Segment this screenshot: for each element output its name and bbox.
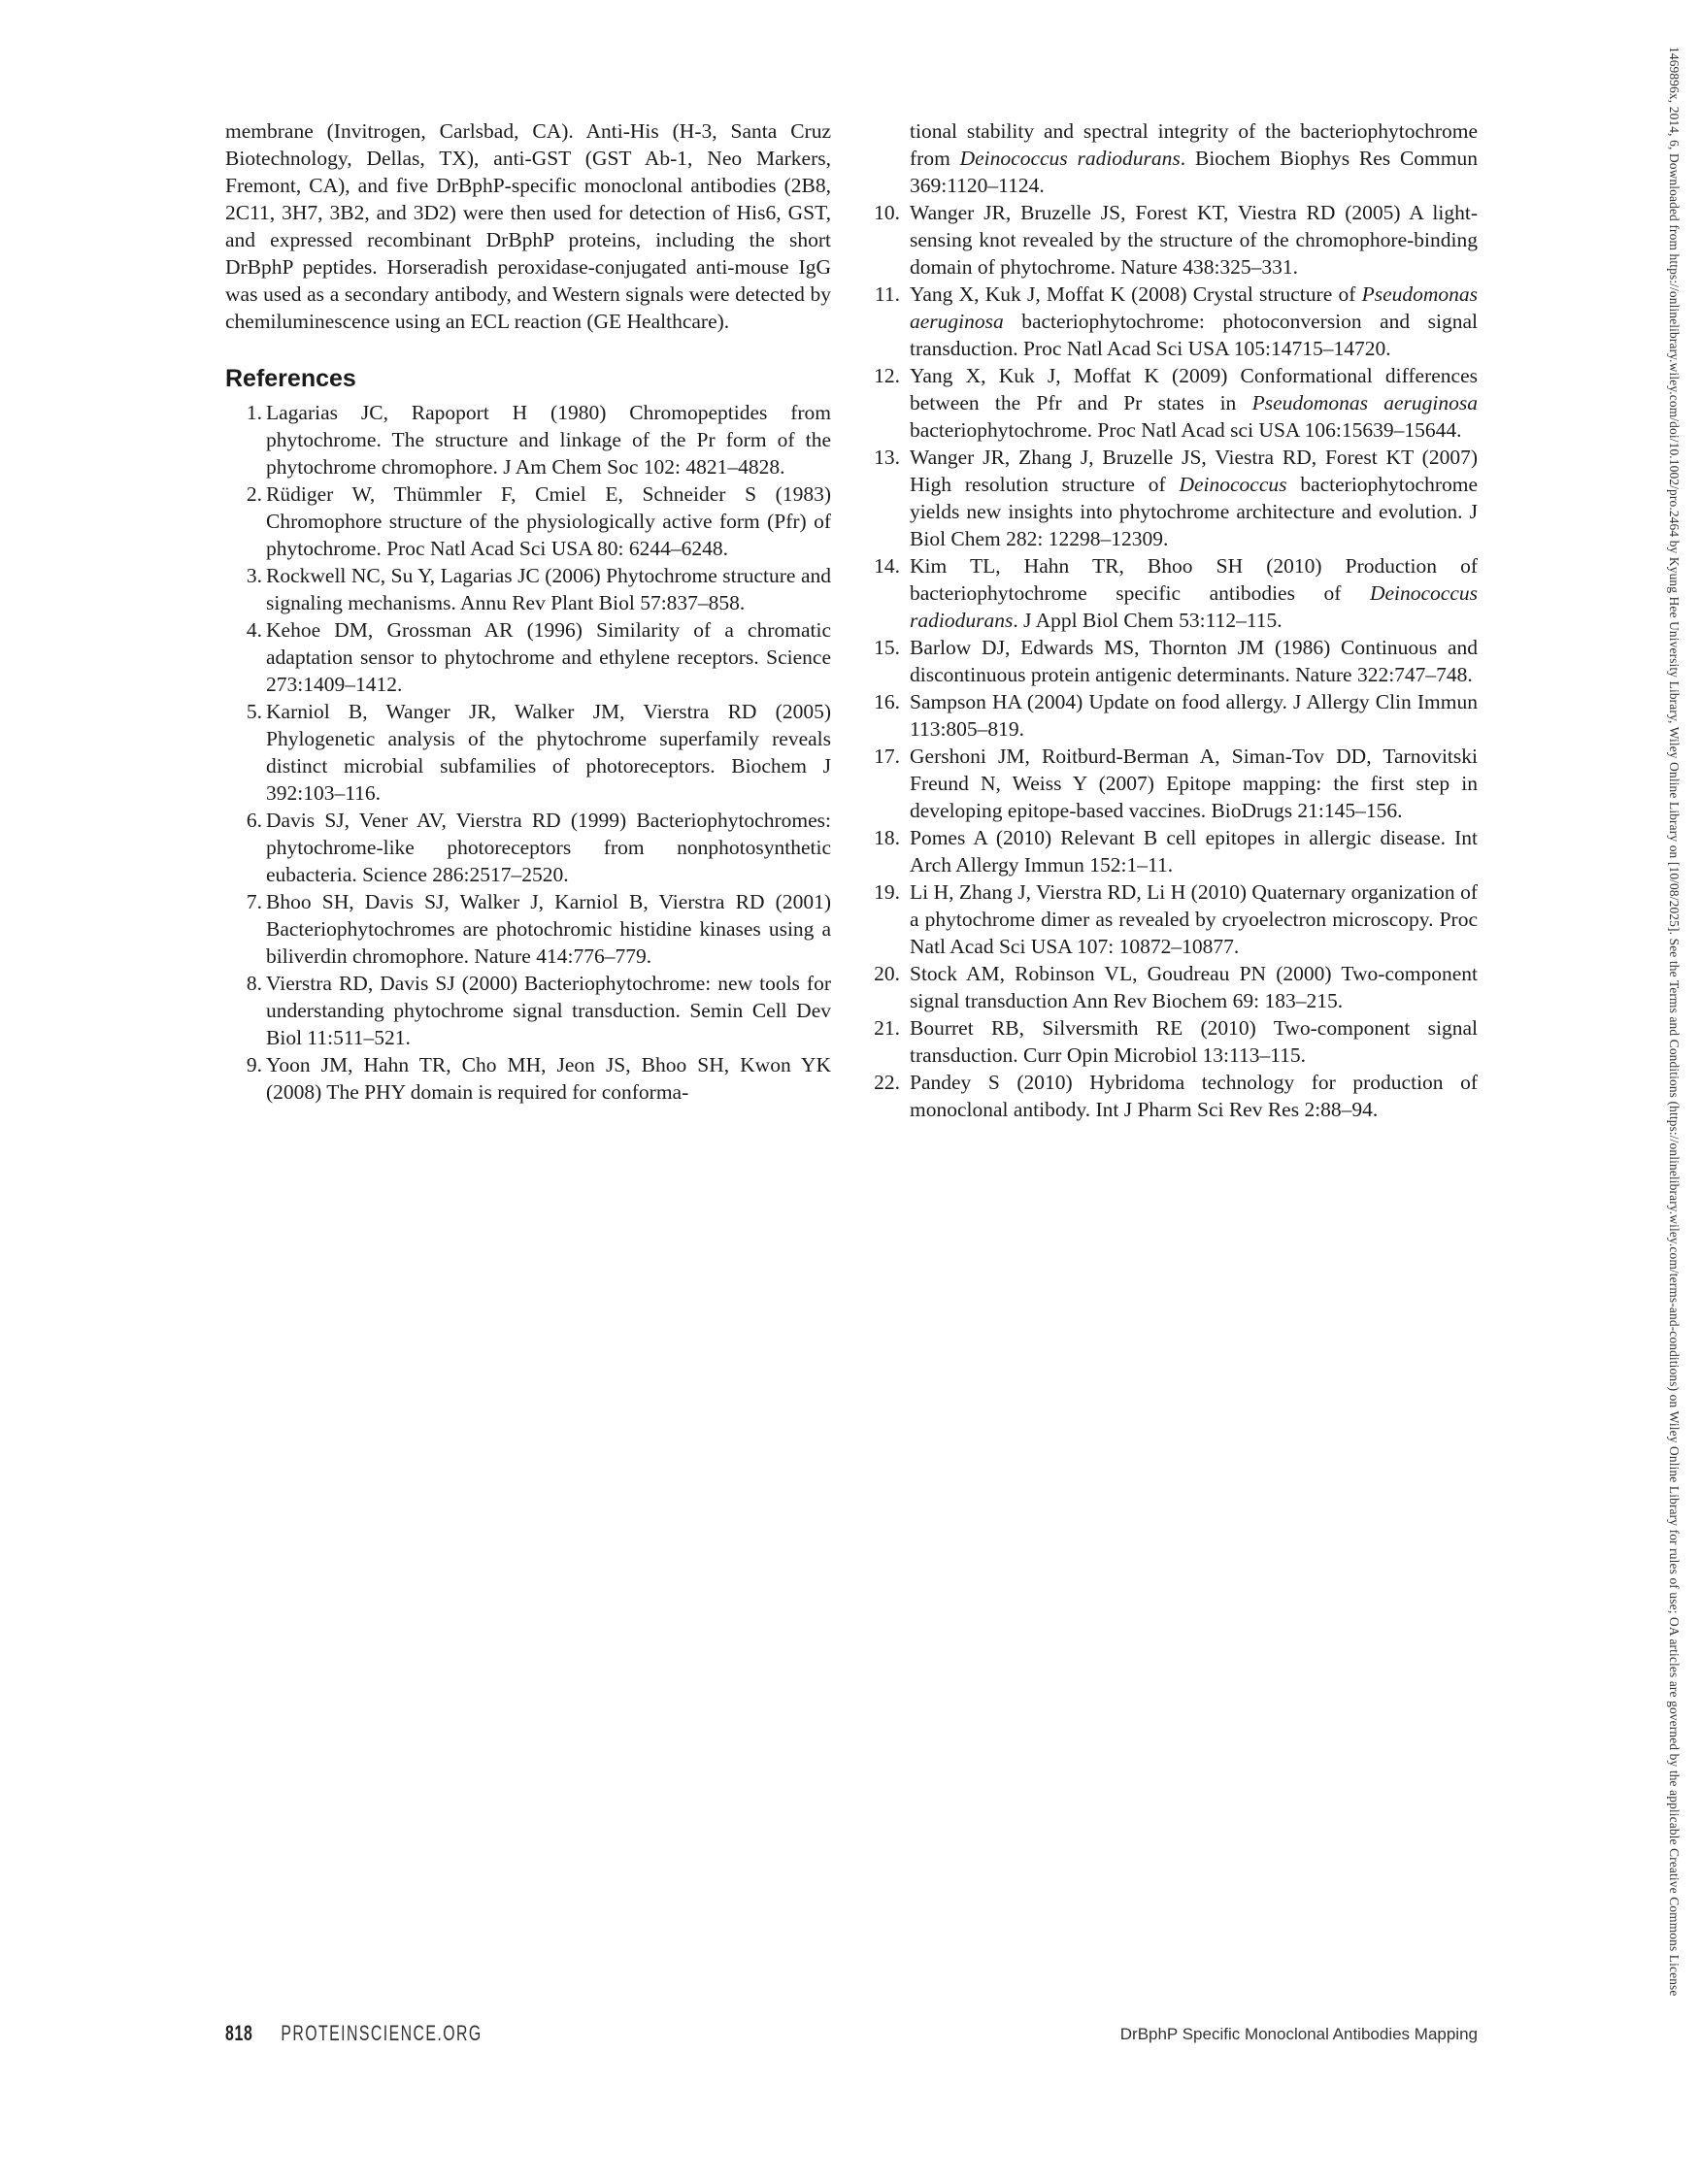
reference-item: 15.Barlow DJ, Edwards MS, Thornton JM (1… bbox=[871, 634, 1478, 688]
reference-number: 19. bbox=[871, 878, 900, 906]
reference-text: . J Appl Biol Chem 53:112–115. bbox=[1013, 609, 1282, 632]
reference-text: Rüdiger W, Thümmler F, Cmiel E, Schneide… bbox=[266, 482, 831, 560]
right-column: tional stability and spectral integrity … bbox=[871, 117, 1478, 1123]
reference-text: Wanger JR, Bruzelle JS, Forest KT, Viest… bbox=[910, 201, 1478, 279]
reference-text: Bourret RB, Silversmith RE (2010) Two-co… bbox=[910, 1016, 1478, 1067]
reference-number: 22. bbox=[871, 1069, 900, 1096]
reference-number: 18. bbox=[871, 824, 900, 851]
reference-text: Vierstra RD, Davis SJ (2000) Bacteriophy… bbox=[266, 972, 831, 1049]
reference-text: Sampson HA (2004) Update on food allergy… bbox=[910, 690, 1478, 741]
species-name: Pseudomonas aeruginosa bbox=[1252, 391, 1478, 414]
reference-text: Davis SJ, Vener AV, Vierstra RD (1999) B… bbox=[266, 809, 831, 886]
reference-item: 7.Bhoo SH, Davis SJ, Walker J, Karniol B… bbox=[225, 888, 831, 970]
reference-number: 2. bbox=[235, 480, 262, 508]
reference-item: 11.Yang X, Kuk J, Moffat K (2008) Crysta… bbox=[871, 281, 1478, 362]
reference-item: 13.Wanger JR, Zhang J, Bruzelle JS, Vies… bbox=[871, 444, 1478, 552]
reference-text: Yang X, Kuk J, Moffat K (2008) Crystal s… bbox=[910, 282, 1362, 306]
reference-text: Pomes A (2010) Relevant B cell epitopes … bbox=[910, 826, 1478, 877]
species-name: Deinococcus bbox=[1179, 473, 1286, 496]
reference-item: 22.Pandey S (2010) Hybridoma technology … bbox=[871, 1069, 1478, 1123]
reference-item: 1.Lagarias JC, Rapoport H (1980) Chromop… bbox=[225, 399, 831, 480]
reference-text: Stock AM, Robinson VL, Goudreau PN (2000… bbox=[910, 962, 1478, 1012]
reference-number: 17. bbox=[871, 743, 900, 770]
species-name: Deinococcus radiodurans bbox=[960, 147, 1181, 170]
reference-number: 12. bbox=[871, 362, 900, 389]
reference-item: 8.Vierstra RD, Davis SJ (2000) Bacteriop… bbox=[225, 970, 831, 1051]
reference-text: Li H, Zhang J, Vierstra RD, Li H (2010) … bbox=[910, 880, 1478, 958]
references-heading: References bbox=[225, 364, 831, 393]
reference-item: 12.Yang X, Kuk J, Moffat K (2009) Confor… bbox=[871, 362, 1478, 444]
reference-number: 6. bbox=[235, 807, 262, 834]
reference-number: 21. bbox=[871, 1014, 900, 1042]
reference-item: 19.Li H, Zhang J, Vierstra RD, Li H (201… bbox=[871, 878, 1478, 960]
reference-number: 10. bbox=[871, 199, 900, 226]
reference-number: 15. bbox=[871, 634, 900, 661]
running-title: DrBphP Specific Monoclonal Antibodies Ma… bbox=[1066, 2025, 1478, 2044]
reference-item: 18.Pomes A (2010) Relevant B cell epitop… bbox=[871, 824, 1478, 878]
reference-text: Karniol B, Wanger JR, Walker JM, Vierstr… bbox=[266, 700, 831, 805]
reference-text: Yoon JM, Hahn TR, Cho MH, Jeon JS, Bhoo … bbox=[266, 1053, 831, 1104]
references-list-left: 1.Lagarias JC, Rapoport H (1980) Chromop… bbox=[225, 399, 831, 1106]
reference-number: 5. bbox=[235, 698, 262, 725]
reference-number: 7. bbox=[235, 888, 262, 915]
references-list-right: 10.Wanger JR, Bruzelle JS, Forest KT, Vi… bbox=[871, 199, 1478, 1123]
reference-number: 8. bbox=[235, 970, 262, 997]
page-number: 818 bbox=[225, 2021, 253, 2045]
reference-item: 2.Rüdiger W, Thümmler F, Cmiel E, Schnei… bbox=[225, 480, 831, 562]
methods-paragraph: membrane (Invitrogen, Carlsbad, CA). Ant… bbox=[225, 117, 831, 335]
footer-left: 818PROTEINSCIENCE.ORG bbox=[225, 2021, 483, 2046]
reference-item: 17.Gershoni JM, Roitburd-Berman A, Siman… bbox=[871, 743, 1478, 824]
reference-item: 5.Karniol B, Wanger JR, Walker JM, Viers… bbox=[225, 698, 831, 807]
reference-number: 20. bbox=[871, 960, 900, 987]
journal-site: PROTEINSCIENCE.ORG bbox=[281, 2021, 482, 2045]
reference-text: Gershoni JM, Roitburd-Berman A, Siman-To… bbox=[910, 745, 1478, 822]
reference-text: Pandey S (2010) Hybridoma technology for… bbox=[910, 1071, 1478, 1121]
reference-item: 16.Sampson HA (2004) Update on food alle… bbox=[871, 688, 1478, 743]
reference-item: 21.Bourret RB, Silversmith RE (2010) Two… bbox=[871, 1014, 1478, 1069]
reference-text: Barlow DJ, Edwards MS, Thornton JM (1986… bbox=[910, 636, 1478, 686]
reference-text: Bhoo SH, Davis SJ, Walker J, Karniol B, … bbox=[266, 890, 831, 968]
reference-item: 3.Rockwell NC, Su Y, Lagarias JC (2006) … bbox=[225, 562, 831, 616]
reference-number: 4. bbox=[235, 616, 262, 644]
left-column: membrane (Invitrogen, Carlsbad, CA). Ant… bbox=[225, 117, 831, 1106]
reference-item: 9.Yoon JM, Hahn TR, Cho MH, Jeon JS, Bho… bbox=[225, 1051, 831, 1106]
reference-text: Rockwell NC, Su Y, Lagarias JC (2006) Ph… bbox=[266, 564, 831, 614]
reference-item: 14.Kim TL, Hahn TR, Bhoo SH (2010) Produ… bbox=[871, 552, 1478, 634]
reference-number: 16. bbox=[871, 688, 900, 715]
reference-text: bacteriophytochrome. Proc Natl Acad sci … bbox=[910, 418, 1461, 442]
reference-item: 20.Stock AM, Robinson VL, Goudreau PN (2… bbox=[871, 960, 1478, 1014]
reference-continuation: tional stability and spectral integrity … bbox=[871, 117, 1478, 199]
reference-number: 11. bbox=[871, 281, 900, 308]
reference-number: 13. bbox=[871, 444, 900, 471]
reference-number: 14. bbox=[871, 552, 900, 579]
reference-text: Lagarias JC, Rapoport H (1980) Chromopep… bbox=[266, 401, 831, 479]
reference-number: 1. bbox=[235, 399, 262, 426]
reference-item: 6.Davis SJ, Vener AV, Vierstra RD (1999)… bbox=[225, 807, 831, 888]
reference-text: Kehoe DM, Grossman AR (1996) Similarity … bbox=[266, 618, 831, 696]
reference-item: 10.Wanger JR, Bruzelle JS, Forest KT, Vi… bbox=[871, 199, 1478, 281]
reference-item: 4.Kehoe DM, Grossman AR (1996) Similarit… bbox=[225, 616, 831, 698]
download-notice: 1469896x, 2014, 6, Downloaded from https… bbox=[1666, 47, 1682, 2134]
reference-number: 3. bbox=[235, 562, 262, 589]
reference-number: 9. bbox=[235, 1051, 262, 1078]
